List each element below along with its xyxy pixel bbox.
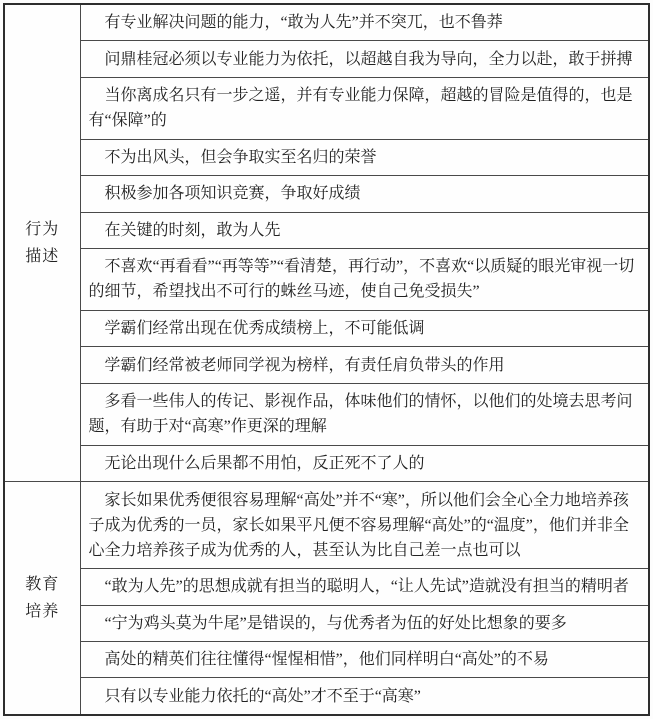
table-row: 当你离成名只有一步之遥，并有专业能力保障，超越的冒险是值得的，也是有“保障”的 [4, 77, 649, 139]
table-row: 学霸们经常被老师同学视为榜样，有责任肩负带头的作用 [4, 347, 649, 383]
section-header-cell: 教育 培养 [4, 481, 80, 715]
content-cell: 学霸们经常被老师同学视为榜样，有责任肩负带头的作用 [80, 347, 649, 383]
content-cell: 有专业解决问题的能力，“敢为人先”并不突兀，也不鲁莽 [80, 4, 649, 41]
table-row: 在关键的时刻，敢为人先 [4, 212, 649, 248]
content-cell: “宁为鸡头莫为牛尾”是错误的，与优秀者为伍的好处比想象的要多 [80, 605, 649, 641]
content-cell: 不为出风头，但会争取实至名归的荣誉 [80, 139, 649, 175]
content-cell: 学霸们经常出现在优秀成绩榜上，不可能低调 [80, 310, 649, 346]
document-page: 行为 描述有专业解决问题的能力，“敢为人先”并不突兀，也不鲁莽问鼎桂冠必须以专业… [0, 0, 653, 719]
content-cell: 积极参加各项知识竞赛，争取好成绩 [80, 176, 649, 212]
content-cell: 在关键的时刻，敢为人先 [80, 212, 649, 248]
content-cell: 高处的精英们往往懂得“惺惺相惜”，他们同样明白“高处”的不易 [80, 641, 649, 677]
table-row: 学霸们经常出现在优秀成绩榜上，不可能低调 [4, 310, 649, 346]
table-row: 高处的精英们往往懂得“惺惺相惜”，他们同样明白“高处”的不易 [4, 641, 649, 677]
table-row: 教育 培养家长如果优秀便很容易理解“高处”并不“寒”，所以他们会全心全力地培养孩… [4, 481, 649, 568]
content-cell: 问鼎桂冠必须以专业能力为依托，以超越自我为导向，全力以赴，敢于拼搏 [80, 41, 649, 77]
section-header-cell: 行为 描述 [4, 4, 80, 481]
table-row: 行为 描述有专业解决问题的能力，“敢为人先”并不突兀，也不鲁莽 [4, 4, 649, 41]
table-row: 积极参加各项知识竞赛，争取好成绩 [4, 176, 649, 212]
table-row: 多看一些伟人的传记、影视作品，体味他们的情怀，以他们的处境去思考问题，有助于对“… [4, 383, 649, 445]
content-cell: 家长如果优秀便很容易理解“高处”并不“寒”，所以他们会全心全力地培养孩子成为优秀… [80, 481, 649, 568]
content-cell: 多看一些伟人的传记、影视作品，体味他们的情怀，以他们的处境去思考问题，有助于对“… [80, 383, 649, 445]
table-row: “敢为人先”的思想成就有担当的聪明人，“让人先试”造就没有担当的精明者 [4, 569, 649, 605]
content-cell: 无论出现什么后果都不用怕，反正死不了人的 [80, 445, 649, 481]
table-row: 问鼎桂冠必须以专业能力为依托，以超越自我为导向，全力以赴，敢于拼搏 [4, 41, 649, 77]
content-cell: 当你离成名只有一步之遥，并有专业能力保障，超越的冒险是值得的，也是有“保障”的 [80, 77, 649, 139]
behavior-education-table: 行为 描述有专业解决问题的能力，“敢为人先”并不突兀，也不鲁莽问鼎桂冠必须以专业… [3, 3, 650, 716]
table-row: 只有以专业能力依托的“高处”才不至于“高寒” [4, 678, 649, 715]
content-cell: 不喜欢“再看看”“再等等”“看清楚，再行动”，不喜欢“以质疑的眼光审视一切的细节… [80, 249, 649, 311]
table-row: 无论出现什么后果都不用怕，反正死不了人的 [4, 445, 649, 481]
table-row: “宁为鸡头莫为牛尾”是错误的，与优秀者为伍的好处比想象的要多 [4, 605, 649, 641]
content-cell: 只有以专业能力依托的“高处”才不至于“高寒” [80, 678, 649, 715]
content-cell: “敢为人先”的思想成就有担当的聪明人，“让人先试”造就没有担当的精明者 [80, 569, 649, 605]
table-row: 不为出风头，但会争取实至名归的荣誉 [4, 139, 649, 175]
table-row: 不喜欢“再看看”“再等等”“看清楚，再行动”，不喜欢“以质疑的眼光审视一切的细节… [4, 249, 649, 311]
